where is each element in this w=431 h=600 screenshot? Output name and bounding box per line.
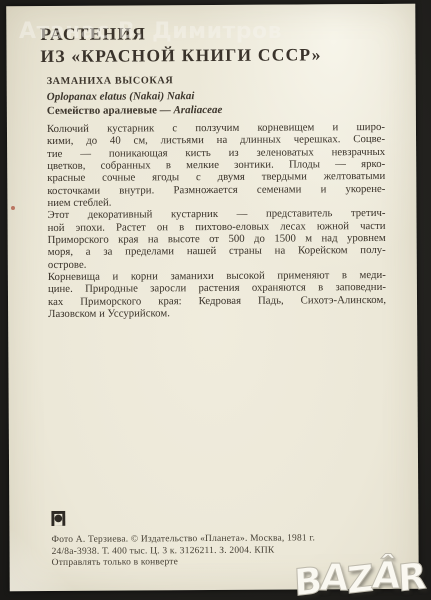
body-line: Лазовском и Уссурийском. — [48, 306, 386, 320]
imprint-line: Отправлять только в конверте — [52, 557, 316, 570]
plant-family-ru: Семейство аралиевые — — [47, 104, 171, 117]
plant-name-latin: Oplopanax elatus (Nakai) Nakai — [47, 90, 223, 103]
body-text: Колючий кустарник с ползучим корневищем … — [47, 121, 386, 321]
imprint-block: Фото А. Терзиева. © Издательство «Планет… — [51, 509, 315, 569]
plant-subject-block: ЗАМАНИХА ВЫСОКАЯ Oplopanax elatus (Nakai… — [47, 75, 223, 117]
body-line: ках Приморского края: Кедровая Падь, Сих… — [48, 294, 386, 308]
body-line: моря, а за пределами нашей страны на Кор… — [48, 244, 386, 258]
postcard-title: РАСТЕНИЯ ИЗ «КРАСНОЙ КНИГИ СССР» — [40, 22, 321, 67]
red-speck — [11, 206, 15, 210]
title-line-2: ИЗ «КРАСНОЙ КНИГИ СССР» — [40, 44, 321, 67]
photo-background: РАСТЕНИЯ ИЗ «КРАСНОЙ КНИГИ СССР» ЗАМАНИХ… — [0, 0, 431, 600]
postcard: РАСТЕНИЯ ИЗ «КРАСНОЙ КНИГИ СССР» ЗАМАНИХ… — [6, 4, 419, 591]
imprint-line: Фото А. Терзиева. © Издательство «Планет… — [51, 533, 315, 546]
body-line: косточками внутри. Размножается семенами… — [47, 183, 385, 197]
imprint-lines: Фото А. Терзиева. © Издательство «Планет… — [51, 533, 315, 569]
plant-family-latin: Araliaceae — [173, 104, 222, 116]
plant-name-ru: ЗАМАНИХА ВЫСОКАЯ — [47, 75, 223, 87]
planeta-publisher-logo — [51, 511, 65, 526]
plant-family: Семейство аралиевые — Araliaceae — [47, 104, 223, 117]
title-line-1: РАСТЕНИЯ — [40, 22, 321, 45]
